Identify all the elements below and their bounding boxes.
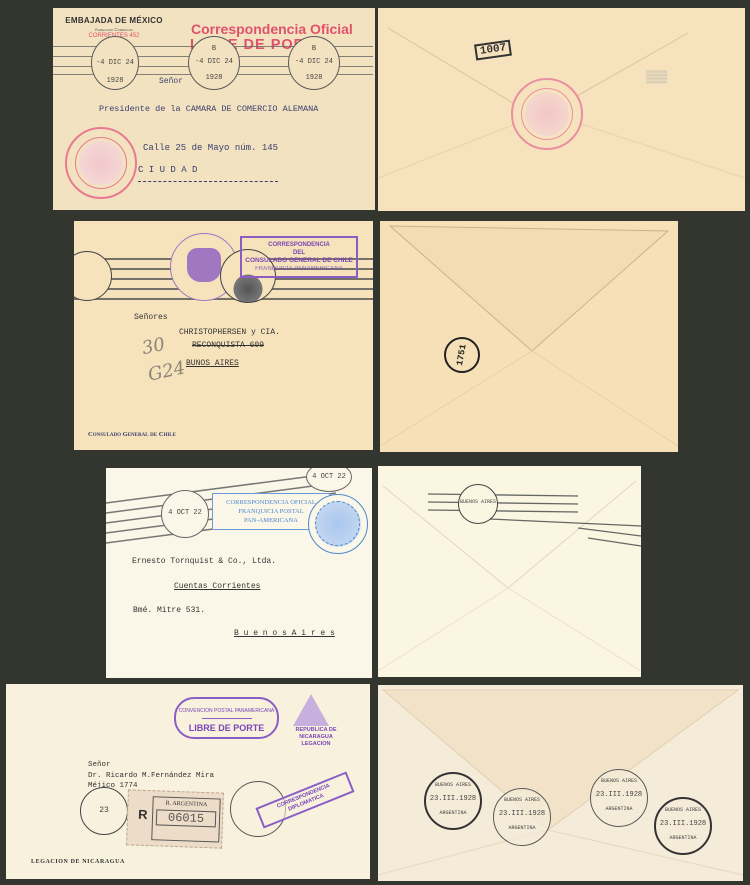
registration-number: 06015 [156, 809, 217, 827]
city: B u e n o s A i r e s [234, 629, 335, 638]
sender-header: EMBAJADA DE MÉXICO [59, 16, 169, 25]
official-stamp-line1: Correspondencia Oficial [191, 21, 353, 37]
legation-stamp: REPUBLICA DE NICARAGUA LEGACION [281, 727, 351, 748]
embassy-seal [65, 127, 137, 199]
chile-coat-of-arms-icon [187, 248, 221, 282]
addressee: Ernesto Tornquist & Co., Ltda. [132, 557, 276, 566]
footer-text: LEGACION DE NICARAGUA [31, 859, 125, 865]
libre-de-porte-stamp: CONVENCION POSTAL PANAMERICANA LIBRE DE … [174, 697, 279, 739]
salutation: Señor [159, 77, 183, 86]
cover-2-back[interactable]: 1751 [380, 221, 678, 452]
postmark: BUENOS AIRES [458, 484, 498, 524]
postmark: -4 DIC 24 1928 [91, 36, 139, 90]
cover-4-back[interactable]: BUENOS AIRES 23.III.1928 ARGENTINA BUENO… [378, 685, 743, 881]
salutation: Señores [134, 313, 168, 322]
pencil-note-2: G24 [146, 357, 187, 385]
postmark: B -4 DIC 24 1928 [188, 36, 240, 90]
embassy-seal [511, 78, 583, 150]
postmark: BUENOS AIRES 23.III.1928 ARGENTINA [424, 772, 482, 830]
footer-text: Consulado General de Chile [88, 431, 176, 438]
cover-3-front[interactable]: 4 OCT 22 4 OCT 22 CORRESPONDENCIA OFICIA… [106, 468, 372, 678]
nicaragua-triangle-icon [293, 694, 329, 726]
registration-label: R R. ARGENTINA 06015 [126, 789, 224, 848]
registration-box: R. ARGENTINA 06015 [151, 796, 220, 842]
faint-markings: ▒▒▒▒▒▒▒▒▒▒ [646, 71, 696, 85]
street: RECONQUISTA 609 [192, 341, 264, 350]
postmark: BUENOS AIRES 23.III.1928 ARGENTINA [493, 788, 551, 846]
street: Calle 25 de Mayo núm. 145 [143, 143, 278, 153]
registration-letter: R [138, 807, 148, 822]
official-box: CORRESPONDENCIA DEL CONSULADO GENERAL DE… [240, 236, 358, 278]
envelope-flap-lines [380, 221, 678, 452]
addressee: Presidente de la CAMARA DE COMERCIO ALEM… [99, 104, 318, 114]
cover-1-front[interactable]: EMBAJADA DE MÉXICO Agregado Comercial CO… [53, 8, 375, 210]
postmark: 4 OCT 22 [161, 490, 209, 538]
street: Bmé. Mitre 531. [133, 606, 205, 615]
city: BUNOS AIRES [186, 359, 239, 368]
cover-3-back[interactable]: BUENOS AIRES [378, 466, 641, 677]
cover-2-front[interactable]: CORRESPONDENCIA DEL CONSULADO GENERAL DE… [74, 221, 373, 450]
cover-4-front[interactable]: CONVENCION POSTAL PANAMERICANA LIBRE DE … [6, 684, 370, 879]
pencil-note-1: 30 [140, 334, 167, 359]
postmark: 23 [80, 787, 128, 835]
postmark: BUENOS AIRES 23.III.1928 ARGENTINA [654, 797, 712, 855]
department: Cuentas Corrientes [174, 582, 260, 591]
postmark: B -4 DIC 24 1928 [288, 36, 340, 90]
postmark: BUENOS AIRES 23.III.1928 ARGENTINA [590, 769, 648, 827]
circle-number: 1751 [444, 337, 480, 373]
addressee: CHRISTOPHERSEN y CIA. [179, 328, 280, 337]
city: C I U D A D [138, 165, 278, 182]
envelope-flap-lines [378, 466, 641, 677]
sender-sub: Agregado Comercial [59, 27, 169, 32]
cover-1-back[interactable]: 1007 ▒▒▒▒▒▒▒▒▒▒ [378, 8, 745, 211]
blue-seal [308, 494, 368, 554]
